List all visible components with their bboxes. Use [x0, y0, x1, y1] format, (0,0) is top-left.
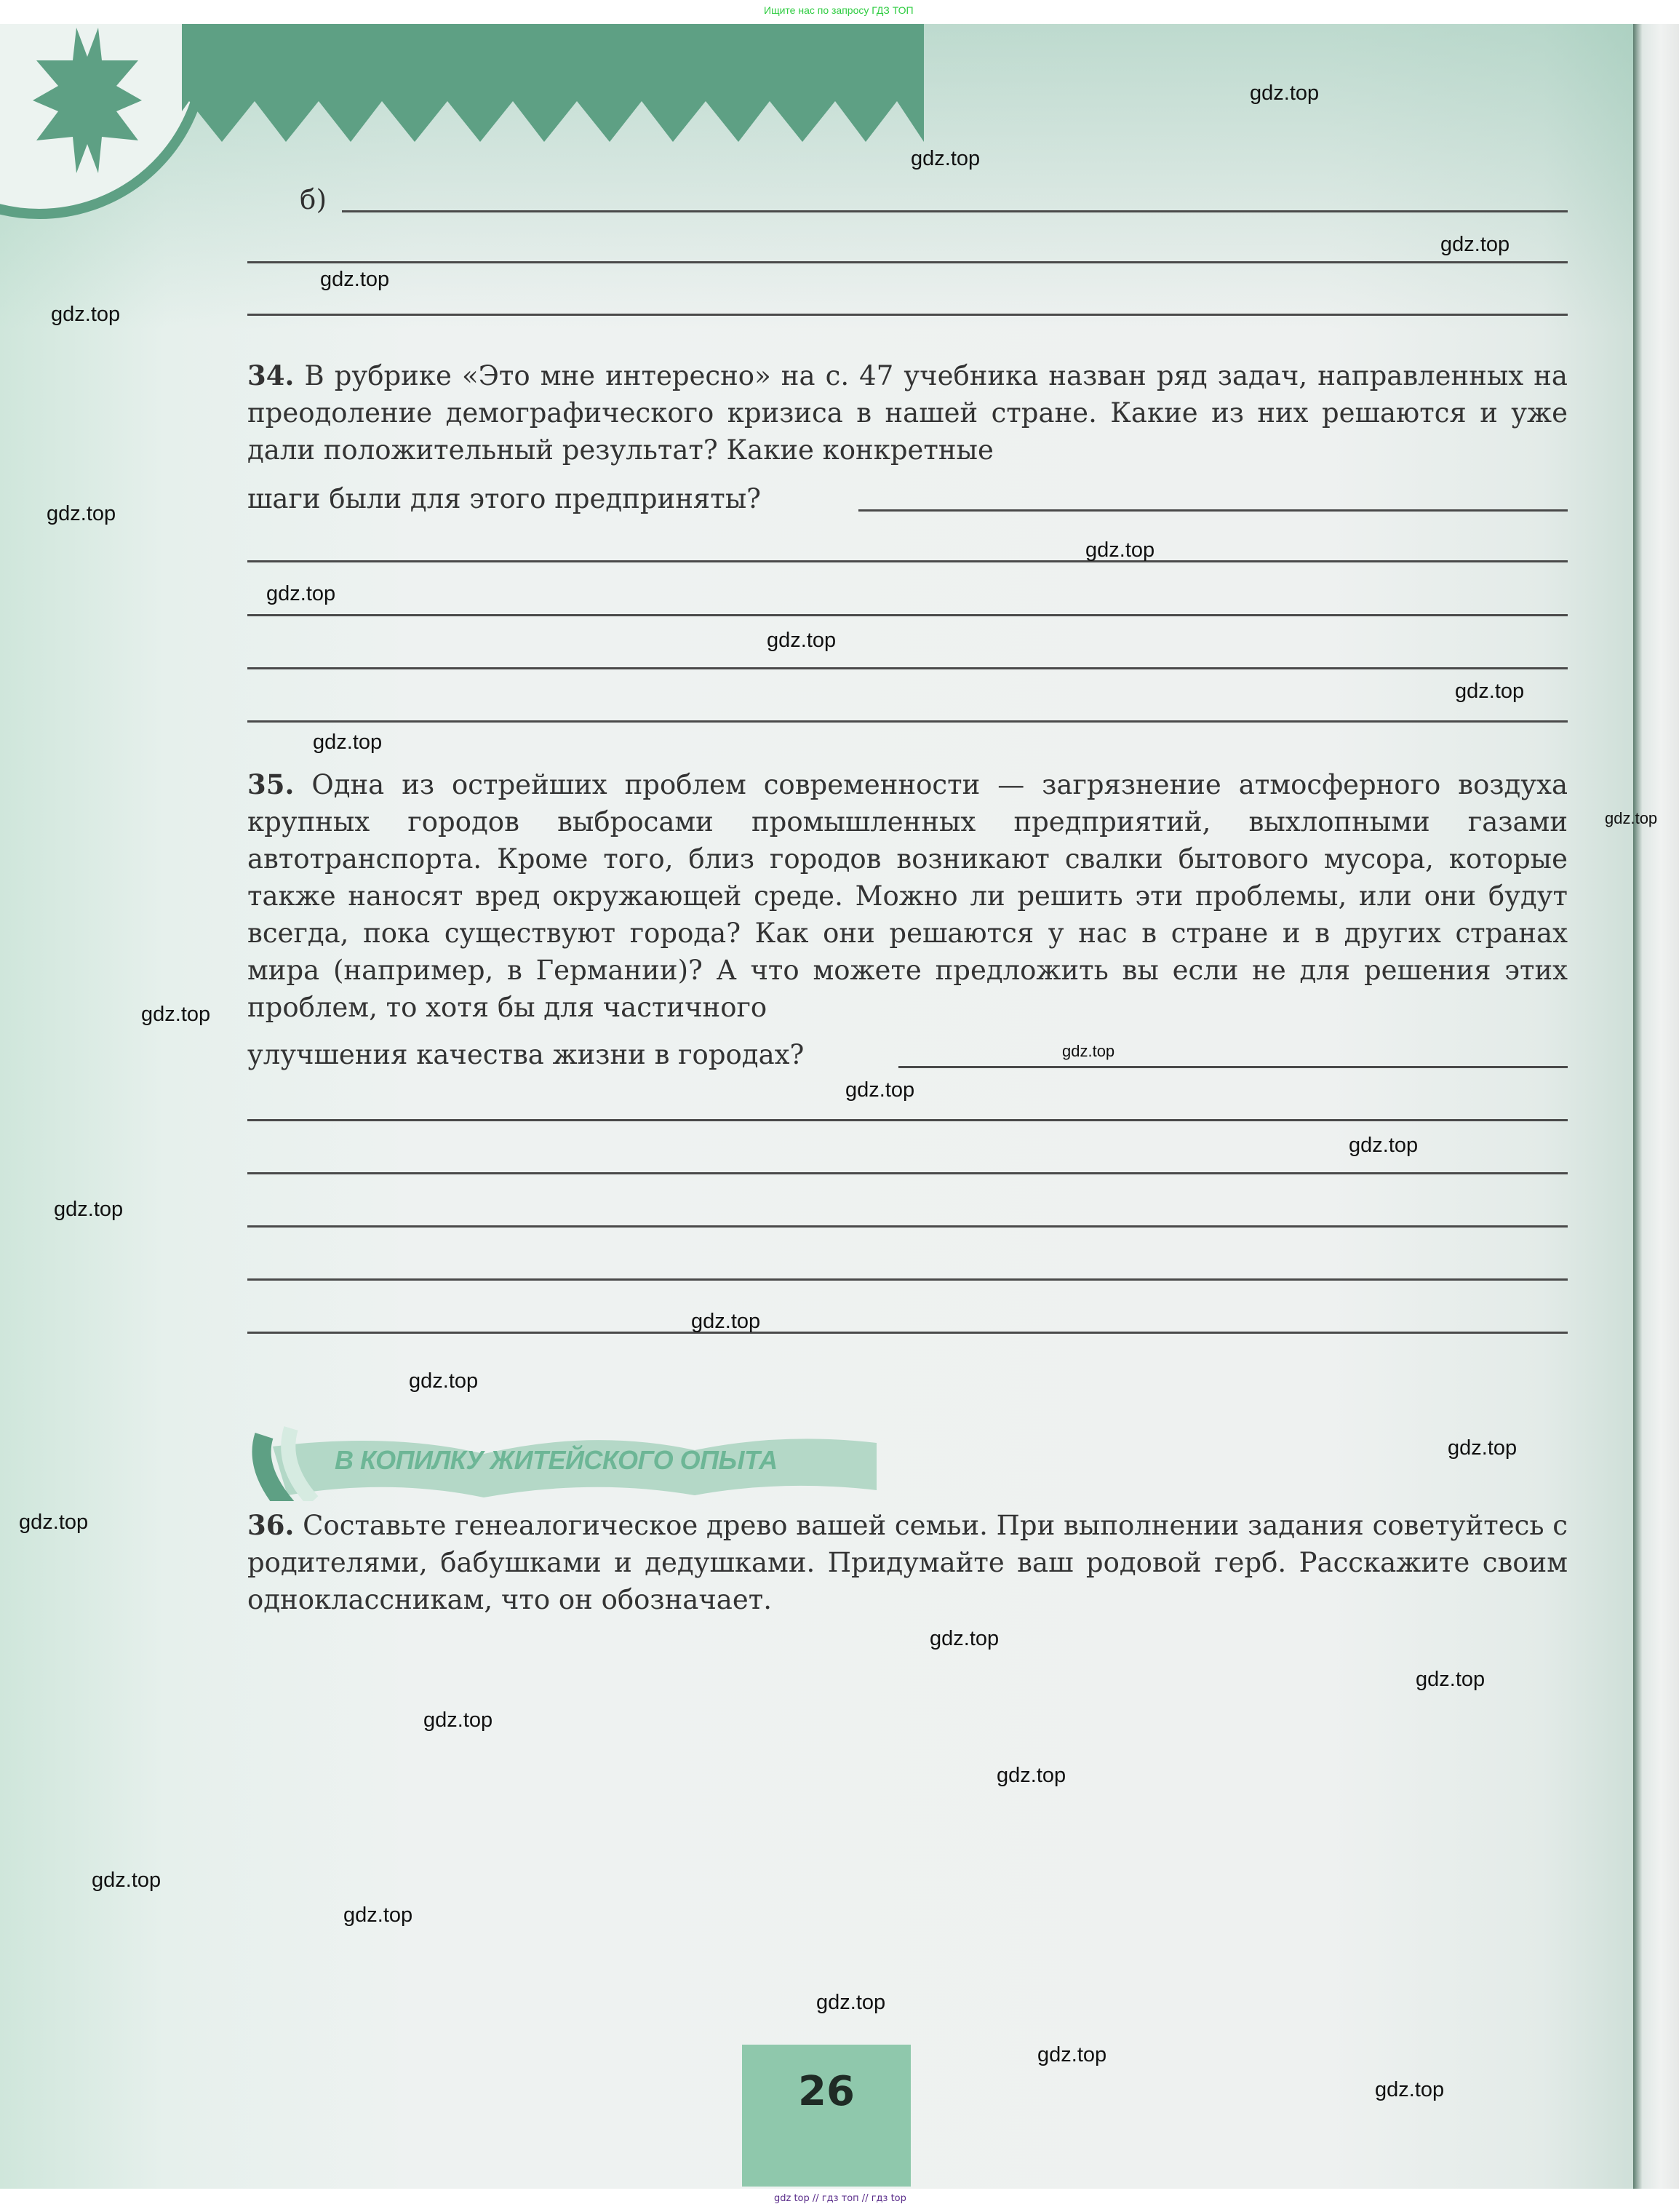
watermark: gdz.top	[1349, 1134, 1418, 1158]
answer-line[interactable]	[247, 1172, 1568, 1174]
bottom-footer: gdz top // гдз топ // гдз top	[0, 2189, 1679, 2212]
watermark: gdz.top	[343, 1903, 412, 1927]
answer-line[interactable]	[898, 1066, 1568, 1068]
book-spine-edge	[1633, 24, 1679, 2189]
question-36-number: 36.	[247, 1509, 294, 1541]
watermark: gdz.top	[997, 1764, 1066, 1788]
answer-line[interactable]	[247, 560, 1568, 562]
star-emblem-icon	[7, 28, 175, 173]
answer-line[interactable]	[247, 1332, 1568, 1334]
watermark: gdz.top	[313, 731, 382, 755]
watermark: gdz.top	[1062, 1042, 1114, 1061]
answer-line[interactable]	[247, 1119, 1568, 1121]
answer-line[interactable]	[247, 1225, 1568, 1228]
textbook-page: б) 34. В рубрике «Это мне интересно» на …	[0, 24, 1659, 2189]
answer-line[interactable]	[247, 720, 1568, 723]
watermark: gdz.top	[1037, 2043, 1106, 2067]
watermark: gdz.top	[930, 1627, 999, 1651]
question-34-last-line: шаги были для этого предприняты?	[247, 483, 761, 514]
page-number: 26	[742, 2068, 911, 2115]
watermark: gdz.top	[1085, 538, 1154, 562]
question-34-text: В рубрике «Это мне интересно» на с. 47 у…	[247, 360, 1568, 466]
watermark: gdz.top	[1455, 680, 1524, 704]
watermark: gdz.top	[911, 147, 980, 171]
watermark: gdz.top	[1605, 809, 1657, 828]
page-number-box: 26	[742, 2045, 911, 2187]
watermark: gdz.top	[767, 629, 836, 653]
watermark: gdz.top	[266, 582, 335, 606]
question-35-text: Одна из острейших проблем современности …	[247, 769, 1568, 1023]
answer-line[interactable]	[342, 210, 1568, 212]
watermark: gdz.top	[1448, 1436, 1517, 1460]
watermark: gdz.top	[141, 1003, 210, 1027]
watermark: gdz.top	[1375, 2078, 1444, 2102]
watermark: gdz.top	[816, 1991, 885, 2015]
question-34-number: 34.	[247, 359, 294, 391]
watermark: gdz.top	[51, 303, 120, 327]
question-36: 36. Составьте генеалогическое древо ваше…	[247, 1507, 1568, 1618]
answer-line[interactable]	[247, 1278, 1568, 1281]
question-35-number: 35.	[247, 768, 294, 800]
answer-line[interactable]	[858, 509, 1568, 512]
question-35-last-line: улучшения качества жизни в городах?	[247, 1039, 804, 1070]
question-34: 34. В рубрике «Это мне интересно» на с. …	[247, 357, 1568, 469]
watermark: gdz.top	[845, 1078, 914, 1102]
watermark: gdz.top	[1250, 81, 1319, 106]
watermark: gdz.top	[423, 1708, 492, 1732]
answer-line[interactable]	[247, 261, 1568, 263]
section-banner: В КОПИЛКУ ЖИТЕЙСКОГО ОПЫТА	[244, 1414, 877, 1501]
watermark: gdz.top	[1416, 1668, 1485, 1692]
section-banner-title: В КОПИЛКУ ЖИТЕЙСКОГО ОПЫТА	[335, 1445, 778, 1476]
watermark: gdz.top	[691, 1310, 760, 1334]
zigzag-header-band	[182, 24, 924, 148]
answer-line[interactable]	[247, 614, 1568, 616]
question-36-text: Составьте генеалогическое древо вашей се…	[247, 1510, 1568, 1615]
watermark: gdz.top	[1440, 233, 1509, 257]
watermark: gdz.top	[409, 1369, 478, 1393]
watermark: gdz.top	[47, 502, 116, 526]
subitem-b-label: б)	[300, 184, 327, 215]
watermark: gdz.top	[54, 1198, 123, 1222]
answer-line[interactable]	[247, 314, 1568, 316]
footer-text: gdz top // гдз топ // гдз top	[774, 2193, 906, 2204]
watermark: gdz.top	[320, 268, 389, 292]
answer-line[interactable]	[247, 667, 1568, 669]
question-35: 35. Одна из острейших проблем современно…	[247, 766, 1568, 1026]
watermark: gdz.top	[92, 1869, 161, 1893]
watermark: gdz.top	[19, 1511, 88, 1535]
search-hint-text: Ищите нас по запросу ГДЗ ТОП	[764, 4, 914, 16]
top-banner: Ищите нас по запросу ГДЗ ТОП	[0, 0, 1679, 24]
